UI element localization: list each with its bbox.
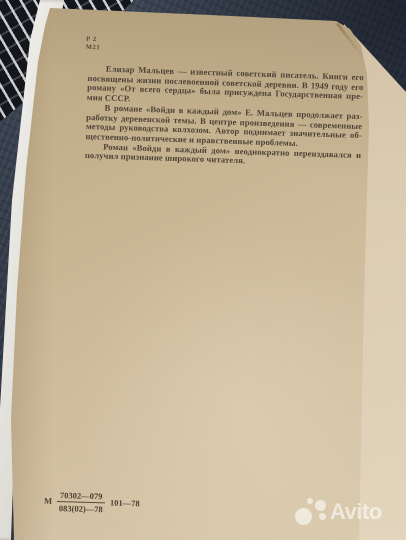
library-classification-code: Р 2 М21	[86, 36, 101, 51]
annotation-text: Елизар Мальцев — известный советский пис…	[85, 64, 364, 170]
classification-line: Р 2	[86, 36, 101, 44]
publisher-imprint: М 70302—079 083(02)—78 101—78	[44, 491, 140, 515]
avito-watermark: Avito	[292, 494, 404, 536]
avito-logo-icon	[295, 508, 312, 525]
avito-brand-text: Avito	[330, 499, 382, 525]
imprint-suffix: 101—78	[110, 499, 140, 508]
avito-logo-icon	[307, 498, 313, 504]
avito-logo-icon	[319, 513, 326, 520]
classification-line: М21	[86, 43, 101, 51]
imprint-denominator: 083(02)—78	[57, 501, 105, 513]
imprint-prefix: М	[44, 497, 52, 506]
avito-logo-icon	[315, 500, 326, 511]
imprint-fraction: 70302—079 083(02)—78	[57, 491, 105, 513]
book-page-photo: Р 2 М21 Елизар Мальцев — известный совет…	[0, 0, 406, 540]
